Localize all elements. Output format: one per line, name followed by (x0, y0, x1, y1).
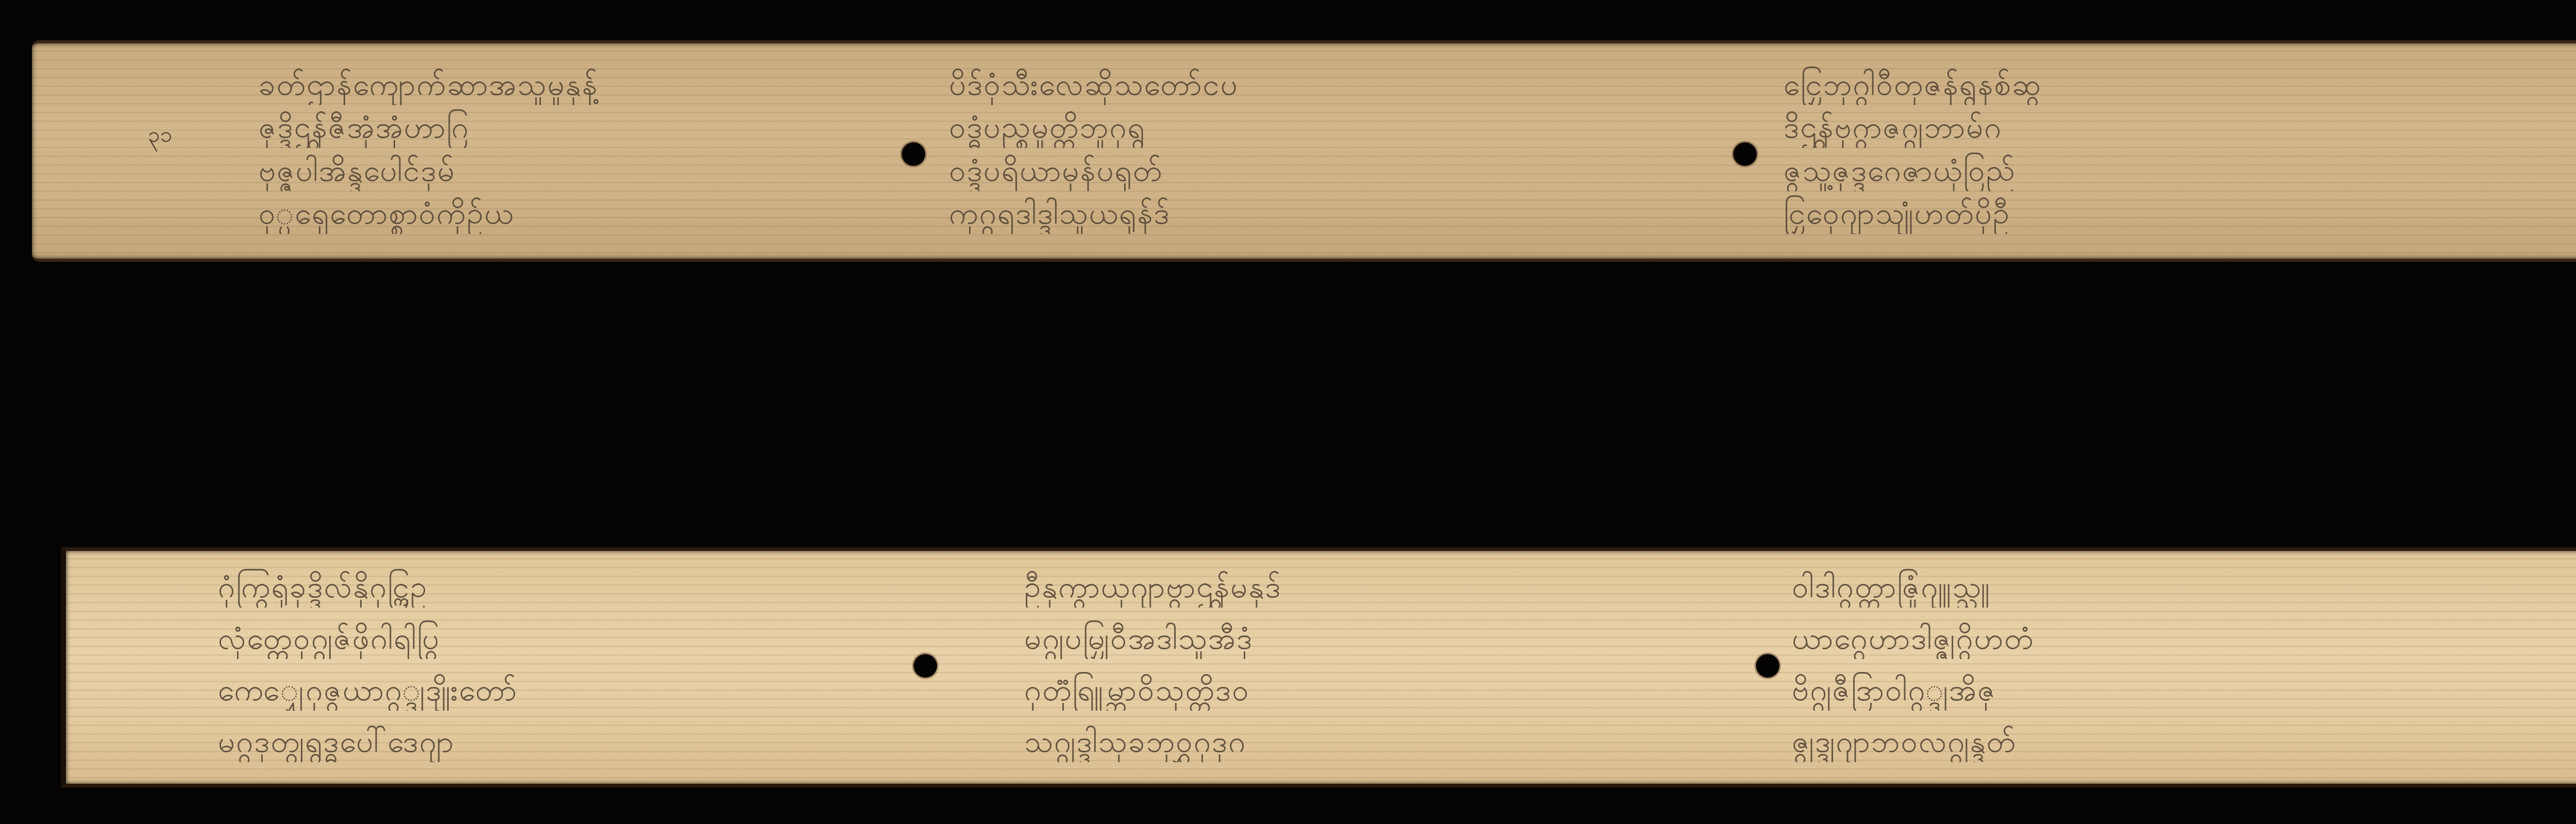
binding-hole-icon (902, 142, 925, 166)
text-line: ဦနှကွာယုဂျာဗွာဌွန်မနုဒ် (1024, 566, 1730, 608)
text-line: မဂ္ဂဒုတွုရွဒ္ဓပေါ်ဒေဂျာ (218, 721, 913, 762)
text-line: ဗုဇ္ဇပါအိန္ဒပေါင်ဒုမ် (259, 150, 903, 191)
text-line: ဝှ္ပရှေတောစ္စာဝံကိုဥ်ယ (259, 193, 903, 234)
folio-number: ၃၁ (148, 121, 172, 153)
text-line: ကေျှေဂုဇွယာဂွ္ဒုဒျိုးတော် (218, 669, 913, 711)
text-line: ဇွုဒ္ဒုဂျာဘဝလဂ္ဂုန္ဒတ် (1792, 721, 2384, 762)
palm-leaf-top: ၃၁ ခတ်ဌာန်ကျောက်ဆာအသူမှုနှန့် ဇုဒ္ဒိဌွန်… (32, 40, 2576, 262)
text-line: ဗိဂ္ဂုဇီဒြာဝါဂွ္ဒုအိဇု (1792, 669, 2384, 711)
text-line: ဂုတၱုရြူမ္ဘာဝိသုတ္တိဒဝ (1024, 669, 1730, 711)
palm-leaf-bottom: ဂုံကြွရုံခုဒ္ဒိလ်နိုဂှင္ကြဥ လုံတ္တေဝုဂ္ဂ… (61, 547, 2576, 787)
binding-hole-icon (913, 654, 937, 678)
text-line: ဇွသူ့ဇုဒ္ဒဂေဇာယုံဝြည် (1784, 150, 2576, 191)
text-block-left: ဂုံကြွရုံခုဒ္ဒိလ်နိုဂှင္ကြဥ လုံတ္တေဝုဂ္ဂ… (218, 566, 913, 762)
text-line: လုံတ္တေဝုဂ္ဂုဇ်ဖိုဂါရါပြွ (218, 618, 913, 659)
text-line: မဂ္ဂုပမြှုဝီအဒါသူအီဒုံ (1024, 618, 1730, 659)
binding-hole-icon (1733, 142, 1757, 166)
text-block-left: ခတ်ဌာန်ကျောက်ဆာအသူမှုနှန့် ဇုဒ္ဒိဌွန်ဇီအ… (259, 64, 903, 234)
text-line: ဝဒ္ဒံပရိယာမှန်ပရုတ် (949, 150, 1722, 191)
text-line: ပိဒ်ဝုံသီးလေဆိုသတော်ငပ (949, 64, 1722, 105)
text-line: ဒိဌွန်ဗုဂွာဇဂ္ဂုဘာမ်ဂ (1784, 107, 2576, 148)
binding-hole-icon (1756, 654, 1780, 678)
text-line: ငြှေဘုဂွါဝီတုဇန်ရွနစ်ဆွ (1784, 64, 2576, 105)
text-line: ဇုဒ္ဒိဌွန်ဇီအုံအုံဟာဂြ (259, 107, 903, 148)
text-line: ငြှဝှေဂျာသျုံဟတ်ပိုဦ (1784, 193, 2576, 234)
text-line: ယာဂွေဟာဒါဇ္ဇုဂွိဟတံ (1792, 618, 2384, 659)
text-line: ကုဂ္ဂရဒါဒ္ဒါသူယရုန်ဒ် (949, 193, 1722, 234)
text-block-right: ဝါဒါဂွတ္တာဇြုံဂျူသ္သူ ယာဂွေဟာဒါဇ္ဇုဂွိဟတ… (1792, 566, 2384, 762)
text-block-right: ငြှေဘုဂွါဝီတုဇန်ရွနစ်ဆွ ဒိဌွန်ဗုဂွာဇဂ္ဂု… (1784, 64, 2576, 234)
text-block-middle: ဦနှကွာယုဂျာဗွာဌွန်မနုဒ် မဂ္ဂုပမြှုဝီအဒါသ… (1024, 566, 1730, 762)
text-line: ခတ်ဌာန်ကျောက်ဆာအသူမှုနှန့် (259, 64, 903, 105)
text-block-middle: ပိဒ်ဝုံသီးလေဆိုသတော်ငပ ဝဒ္ဓံပည္စမှုတ္တိဘ… (949, 64, 1722, 234)
text-line: ဂုံကြွရုံခုဒ္ဒိလ်နိုဂှင္ကြဥ (218, 566, 913, 608)
text-line: ဝဒ္ဓံပည္စမှုတ္တိဘူဂုရွ (949, 107, 1722, 148)
text-line: ဝါဒါဂွတ္တာဇြုံဂျူသ္သူ (1792, 566, 2384, 608)
text-line: သဂ္ဂုဒ္ဒါသုခဘုဝွှဂုဒုဂ (1024, 721, 1730, 762)
